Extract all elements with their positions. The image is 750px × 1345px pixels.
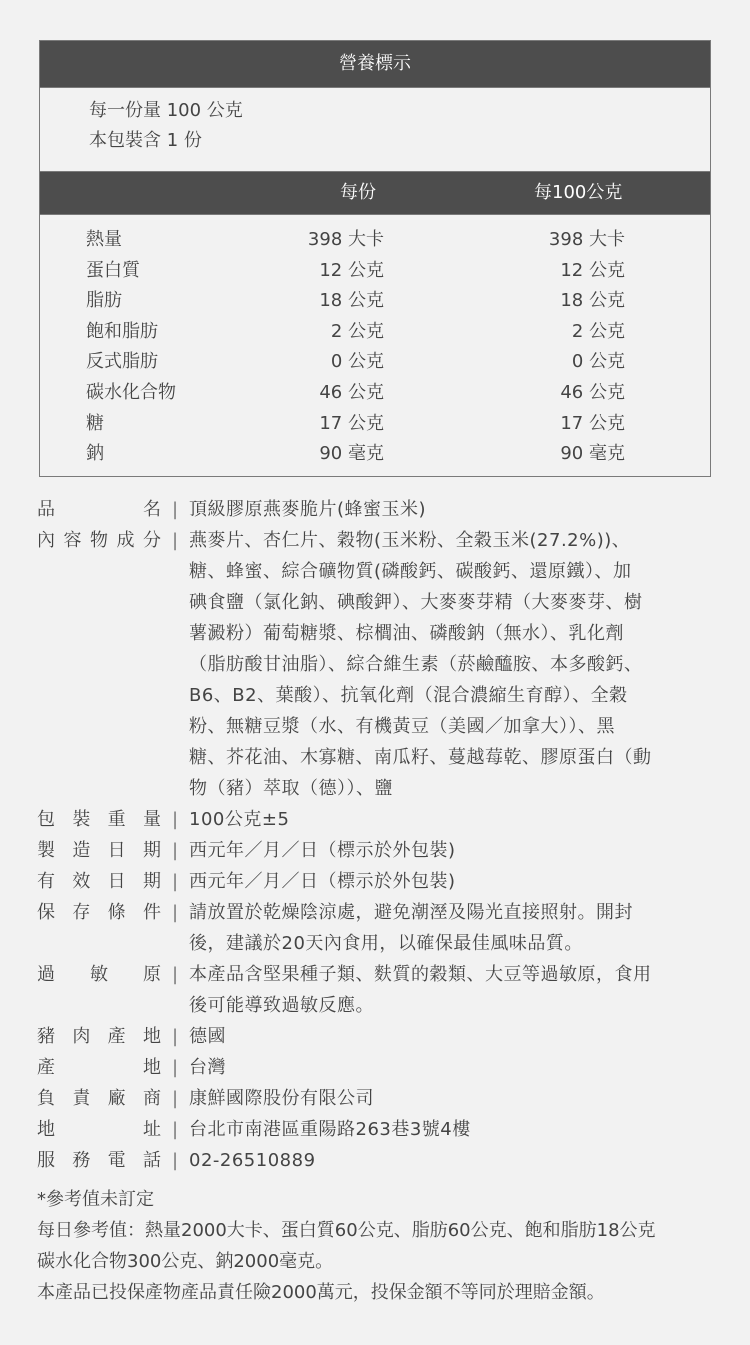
- separator: |: [161, 525, 189, 804]
- label-char: 地: [143, 1021, 161, 1052]
- label-char: 分: [143, 525, 161, 804]
- column-header-per-serving: 每份: [340, 172, 376, 214]
- label-char: 存: [72, 897, 90, 959]
- footnote-line: 碳水化合物300公克、鈉2000毫克。: [37, 1246, 656, 1277]
- label-char: 名: [143, 494, 161, 525]
- info-row: 豬肉產地|德國: [37, 1021, 717, 1052]
- value-line: 德國: [189, 1021, 717, 1052]
- per-100g-value: 12 公克: [560, 256, 625, 286]
- label-char: 服: [37, 1145, 55, 1176]
- label-char: 品: [37, 494, 55, 525]
- info-label: 負責廠商: [37, 1083, 161, 1114]
- info-value: 西元年／月／日（標示於外包裝): [189, 866, 717, 897]
- value-line: 請放置於乾燥陰涼處，避免潮溼及陽光直接照射。開封: [189, 897, 717, 928]
- value-line: 西元年／月／日（標示於外包裝): [189, 835, 717, 866]
- separator: |: [161, 866, 189, 897]
- per-100g-value: 18 公克: [560, 286, 625, 316]
- label-char: 期: [143, 835, 161, 866]
- nutrient-row: 飽和脂肪2 公克2 公克: [40, 317, 710, 348]
- column-header-per-100g: 每100公克: [534, 172, 622, 214]
- info-value: 台北市南港區重陽路263巷3號4樓: [189, 1114, 717, 1145]
- nutrition-title: 營養標示: [40, 41, 710, 87]
- product-info-list: 品名|頂級膠原燕麥脆片(蜂蜜玉米)內容物成分|燕麥片、杏仁片、穀物(玉米粉、全穀…: [37, 494, 717, 1176]
- label-char: 豬: [37, 1021, 55, 1052]
- info-row: 內容物成分|燕麥片、杏仁片、穀物(玉米粉、全穀玉米(27.2%))、糖、蜂蜜、綜…: [37, 525, 717, 804]
- nutrient-name: 蛋白質: [86, 256, 140, 286]
- info-value: 康鮮國際股份有限公司: [189, 1083, 717, 1114]
- label-char: 負: [37, 1083, 55, 1114]
- per-serving-value: 90 毫克: [319, 439, 384, 469]
- info-row: 製造日期|西元年／月／日（標示於外包裝): [37, 835, 717, 866]
- per-serving-value: 0 公克: [331, 347, 384, 377]
- separator: |: [161, 897, 189, 959]
- info-label: 品名: [37, 494, 161, 525]
- info-row: 包裝重量|100公克±5: [37, 804, 717, 835]
- value-line: 粉、無糖豆漿（水、有機黃豆（美國／加拿大））、黑: [189, 711, 717, 742]
- label-char: 條: [108, 897, 126, 959]
- label-char: 日: [108, 835, 126, 866]
- value-line: 薯澱粉）葡萄糖漿、棕櫚油、磷酸鈉（無水）、乳化劑: [189, 618, 717, 649]
- value-line: 02-26510889: [189, 1145, 717, 1176]
- label-char: 包: [37, 804, 55, 835]
- nutrient-name: 糖: [86, 409, 104, 439]
- info-row: 地址|台北市南港區重陽路263巷3號4樓: [37, 1114, 717, 1145]
- label-char: 地: [143, 1052, 161, 1083]
- nutrient-rows: 熱量398 大卡398 大卡蛋白質12 公克12 公克脂肪18 公克18 公克飽…: [40, 214, 710, 470]
- per-serving-value: 398 大卡: [308, 225, 384, 255]
- separator: |: [161, 804, 189, 835]
- label-char: 原: [143, 959, 161, 1021]
- info-label: 服務電話: [37, 1145, 161, 1176]
- info-row: 產地|台灣: [37, 1052, 717, 1083]
- info-label: 有效日期: [37, 866, 161, 897]
- value-line: 頂級膠原燕麥脆片(蜂蜜玉米): [189, 494, 717, 525]
- info-row: 服務電話|02-26510889: [37, 1145, 717, 1176]
- value-line: 康鮮國際股份有限公司: [189, 1083, 717, 1114]
- footnote-line: 每日參考值：熱量2000大卡、蛋白質60公克、脂肪60公克、飽和脂肪18公克: [37, 1215, 656, 1246]
- value-line: 燕麥片、杏仁片、穀物(玉米粉、全穀玉米(27.2%))、: [189, 525, 717, 556]
- separator: |: [161, 835, 189, 866]
- value-line: B6、B2、葉酸）、抗氧化劑（混合濃縮生育醇）、全穀: [189, 680, 717, 711]
- separator: |: [161, 1114, 189, 1145]
- label-char: 保: [37, 897, 55, 959]
- info-row: 負責廠商|康鮮國際股份有限公司: [37, 1083, 717, 1114]
- per-100g-value: 0 公克: [572, 347, 625, 377]
- nutrient-name: 反式脂肪: [86, 347, 158, 377]
- serving-info: 每一份量 100 公克 本包裝含 1 份: [40, 87, 710, 172]
- info-value: 100公克±5: [189, 804, 717, 835]
- info-row: 品名|頂級膠原燕麥脆片(蜂蜜玉米): [37, 494, 717, 525]
- nutrient-row: 蛋白質12 公克12 公克: [40, 256, 710, 287]
- per-100g-value: 46 公克: [560, 378, 625, 408]
- label-char: 址: [143, 1114, 161, 1145]
- nutrient-name: 脂肪: [86, 286, 122, 316]
- per-100g-value: 398 大卡: [549, 225, 625, 255]
- separator: |: [161, 1083, 189, 1114]
- info-label: 豬肉產地: [37, 1021, 161, 1052]
- label-char: 物: [90, 525, 108, 804]
- value-line: 物（豬）萃取（德））、鹽: [189, 773, 717, 804]
- label-char: 過: [37, 959, 55, 1021]
- nutrient-row: 熱量398 大卡398 大卡: [40, 225, 710, 256]
- nutrient-name: 碳水化合物: [86, 378, 176, 408]
- separator: |: [161, 1052, 189, 1083]
- per-serving-value: 17 公克: [319, 409, 384, 439]
- nutrient-name: 飽和脂肪: [86, 317, 158, 347]
- value-line: 糖、芥花油、木寡糖、南瓜籽、蔓越莓乾、膠原蛋白（動: [189, 742, 717, 773]
- info-label: 包裝重量: [37, 804, 161, 835]
- info-value: 燕麥片、杏仁片、穀物(玉米粉、全穀玉米(27.2%))、糖、蜂蜜、綜合礦物質(磷…: [189, 525, 717, 804]
- info-row: 保存條件|請放置於乾燥陰涼處，避免潮溼及陽光直接照射。開封後，建議於20天內食用…: [37, 897, 717, 959]
- footnote-line: 本產品已投保產物產品責任險2000萬元，投保金額不等同於理賠金額。: [37, 1277, 656, 1308]
- value-line: 碘食鹽（氯化鈉、碘酸鉀）、大麥麥芽精（大麥麥芽、樹: [189, 587, 717, 618]
- per-100g-value: 17 公克: [560, 409, 625, 439]
- label-char: 效: [72, 866, 90, 897]
- label-char: 肉: [72, 1021, 90, 1052]
- info-label: 產地: [37, 1052, 161, 1083]
- label-char: 電: [108, 1145, 126, 1176]
- info-value: 02-26510889: [189, 1145, 717, 1176]
- nutrient-row: 脂肪18 公克18 公克: [40, 286, 710, 317]
- label-char: 內: [37, 525, 55, 804]
- column-header-band: 每份 每100公克: [40, 172, 710, 214]
- per-serving-value: 18 公克: [319, 286, 384, 316]
- info-label: 製造日期: [37, 835, 161, 866]
- serving-size: 每一份量 100 公克: [89, 96, 710, 126]
- label-char: 期: [143, 866, 161, 897]
- label-char: 重: [108, 804, 126, 835]
- separator: |: [161, 1021, 189, 1052]
- label-char: 成: [117, 525, 135, 804]
- info-label: 地址: [37, 1114, 161, 1145]
- separator: |: [161, 494, 189, 525]
- value-line: 後可能導致過敏反應。: [189, 990, 717, 1021]
- value-line: （脂肪酸甘油脂）、綜合維生素（菸鹼醯胺、本多酸鈣、: [189, 649, 717, 680]
- servings-per-package: 本包裝含 1 份: [89, 126, 710, 156]
- footnotes: *參考值未訂定每日參考值：熱量2000大卡、蛋白質60公克、脂肪60公克、飽和脂…: [37, 1184, 656, 1308]
- info-value: 德國: [189, 1021, 717, 1052]
- info-value: 西元年／月／日（標示於外包裝): [189, 835, 717, 866]
- label-char: 敏: [90, 959, 108, 1021]
- nutrient-row: 碳水化合物46 公克46 公克: [40, 378, 710, 409]
- per-serving-value: 2 公克: [331, 317, 384, 347]
- value-line: 100公克±5: [189, 804, 717, 835]
- per-100g-value: 2 公克: [572, 317, 625, 347]
- value-line: 糖、蜂蜜、綜合礦物質(磷酸鈣、碳酸鈣、還原鐵）、加: [189, 556, 717, 587]
- label-char: 造: [72, 835, 90, 866]
- value-line: 後，建議於20天內食用，以確保最佳風味品質。: [189, 928, 717, 959]
- info-value: 請放置於乾燥陰涼處，避免潮溼及陽光直接照射。開封後，建議於20天內食用，以確保最…: [189, 897, 717, 959]
- label-char: 務: [72, 1145, 90, 1176]
- nutrient-name: 熱量: [86, 225, 122, 255]
- value-line: 台灣: [189, 1052, 717, 1083]
- label-char: 有: [37, 866, 55, 897]
- info-label: 過敏原: [37, 959, 161, 1021]
- per-serving-value: 46 公克: [319, 378, 384, 408]
- nutrition-facts-table: 營養標示 每一份量 100 公克 本包裝含 1 份 每份 每100公克 熱量39…: [39, 40, 711, 477]
- label-char: 話: [143, 1145, 161, 1176]
- label-char: 製: [37, 835, 55, 866]
- separator: |: [161, 1145, 189, 1176]
- info-row: 過敏原|本產品含堅果種子類、麩質的穀類、大豆等過敏原，食用後可能導致過敏反應。: [37, 959, 717, 1021]
- info-row: 有效日期|西元年／月／日（標示於外包裝): [37, 866, 717, 897]
- per-100g-value: 90 毫克: [560, 439, 625, 469]
- info-value: 本產品含堅果種子類、麩質的穀類、大豆等過敏原，食用後可能導致過敏反應。: [189, 959, 717, 1021]
- label-char: 量: [143, 804, 161, 835]
- label-char: 裝: [72, 804, 90, 835]
- value-line: 本產品含堅果種子類、麩質的穀類、大豆等過敏原，食用: [189, 959, 717, 990]
- label-char: 地: [37, 1114, 55, 1145]
- label-char: 日: [108, 866, 126, 897]
- value-line: 台北市南港區重陽路263巷3號4樓: [189, 1114, 717, 1145]
- separator: |: [161, 959, 189, 1021]
- nutrient-name: 鈉: [86, 439, 104, 469]
- label-char: 產: [37, 1052, 55, 1083]
- nutrient-row: 鈉90 毫克90 毫克: [40, 439, 710, 470]
- label-char: 件: [143, 897, 161, 959]
- label-char: 廠: [108, 1083, 126, 1114]
- info-label: 保存條件: [37, 897, 161, 959]
- nutrient-row: 糖17 公克17 公克: [40, 409, 710, 440]
- info-value: 台灣: [189, 1052, 717, 1083]
- label-char: 責: [72, 1083, 90, 1114]
- per-serving-value: 12 公克: [319, 256, 384, 286]
- label-char: 產: [108, 1021, 126, 1052]
- info-label: 內容物成分: [37, 525, 161, 804]
- value-line: 西元年／月／日（標示於外包裝): [189, 866, 717, 897]
- nutrient-row: 反式脂肪0 公克0 公克: [40, 347, 710, 378]
- label-char: 商: [143, 1083, 161, 1114]
- info-value: 頂級膠原燕麥脆片(蜂蜜玉米): [189, 494, 717, 525]
- footnote-line: *參考值未訂定: [37, 1184, 656, 1215]
- label-char: 容: [64, 525, 82, 804]
